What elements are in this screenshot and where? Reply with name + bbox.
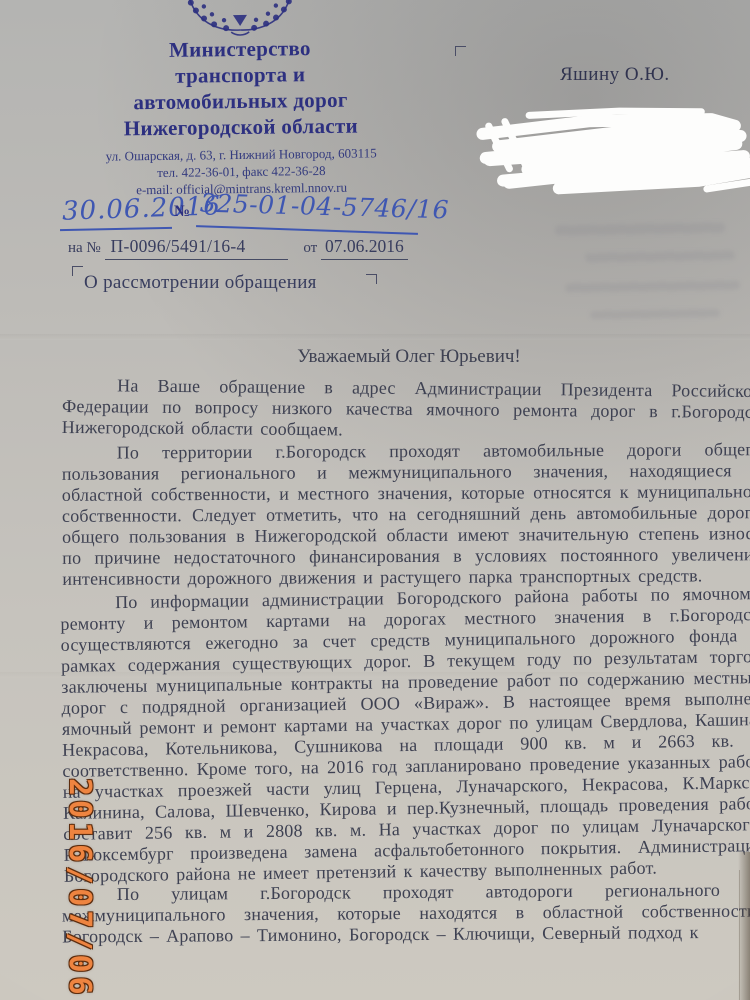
corner-mark <box>72 266 83 276</box>
ministry-name-line: Нижегородской области <box>58 112 423 142</box>
incoming-number: П-0096/5491/16-4 <box>105 236 288 260</box>
incoming-reference: на № П-0096/5491/16-4 от 07.06.2016 <box>68 236 408 257</box>
corner-mark <box>366 274 377 284</box>
bleed-through <box>585 251 735 263</box>
body-paragraph: По улицам г.Богородск проходят автодорог… <box>62 880 750 948</box>
recipient-name: Яшину О.Ю. <box>560 64 670 86</box>
redaction-scribble <box>466 95 750 208</box>
paper-fold <box>0 334 750 340</box>
letter-body: На Ваше обращение в адрес Администрации … <box>62 378 750 945</box>
bleed-through <box>565 280 740 292</box>
from-label: от <box>303 240 317 256</box>
subject-line: О рассмотрении обращения <box>84 272 317 294</box>
body-paragraph: По информации администрации Богородского… <box>60 583 750 887</box>
outgoing-date-handwritten: 30.06.2016 <box>62 191 222 227</box>
letterhead: Министерство транспорта и автомобильных … <box>57 0 424 199</box>
handwritten-underline <box>60 227 172 231</box>
incoming-date: 07.06.2016 <box>321 236 408 260</box>
handwritten-underline <box>196 225 418 235</box>
outgoing-number-handwritten: 325-01-04-5746/16 <box>200 189 450 225</box>
corner-mark <box>455 46 466 56</box>
paper-edge-line <box>739 870 740 1000</box>
in-reply-label: на № <box>68 240 101 256</box>
number-sign: № <box>174 203 190 221</box>
body-paragraph: На Ваше обращение в адрес Администрации … <box>62 375 750 444</box>
salutation: Уважаемый Олег Юрьевич! <box>60 346 750 368</box>
ministry-name: Министерство транспорта и автомобильных … <box>57 34 423 142</box>
body-paragraph: По территории г.Богородск проходят автом… <box>62 439 750 590</box>
coat-of-arms-icon <box>165 0 316 38</box>
bleed-through <box>590 309 720 319</box>
bleed-through <box>555 223 725 236</box>
camera-timestamp: 2016/07/06 <box>62 778 97 999</box>
